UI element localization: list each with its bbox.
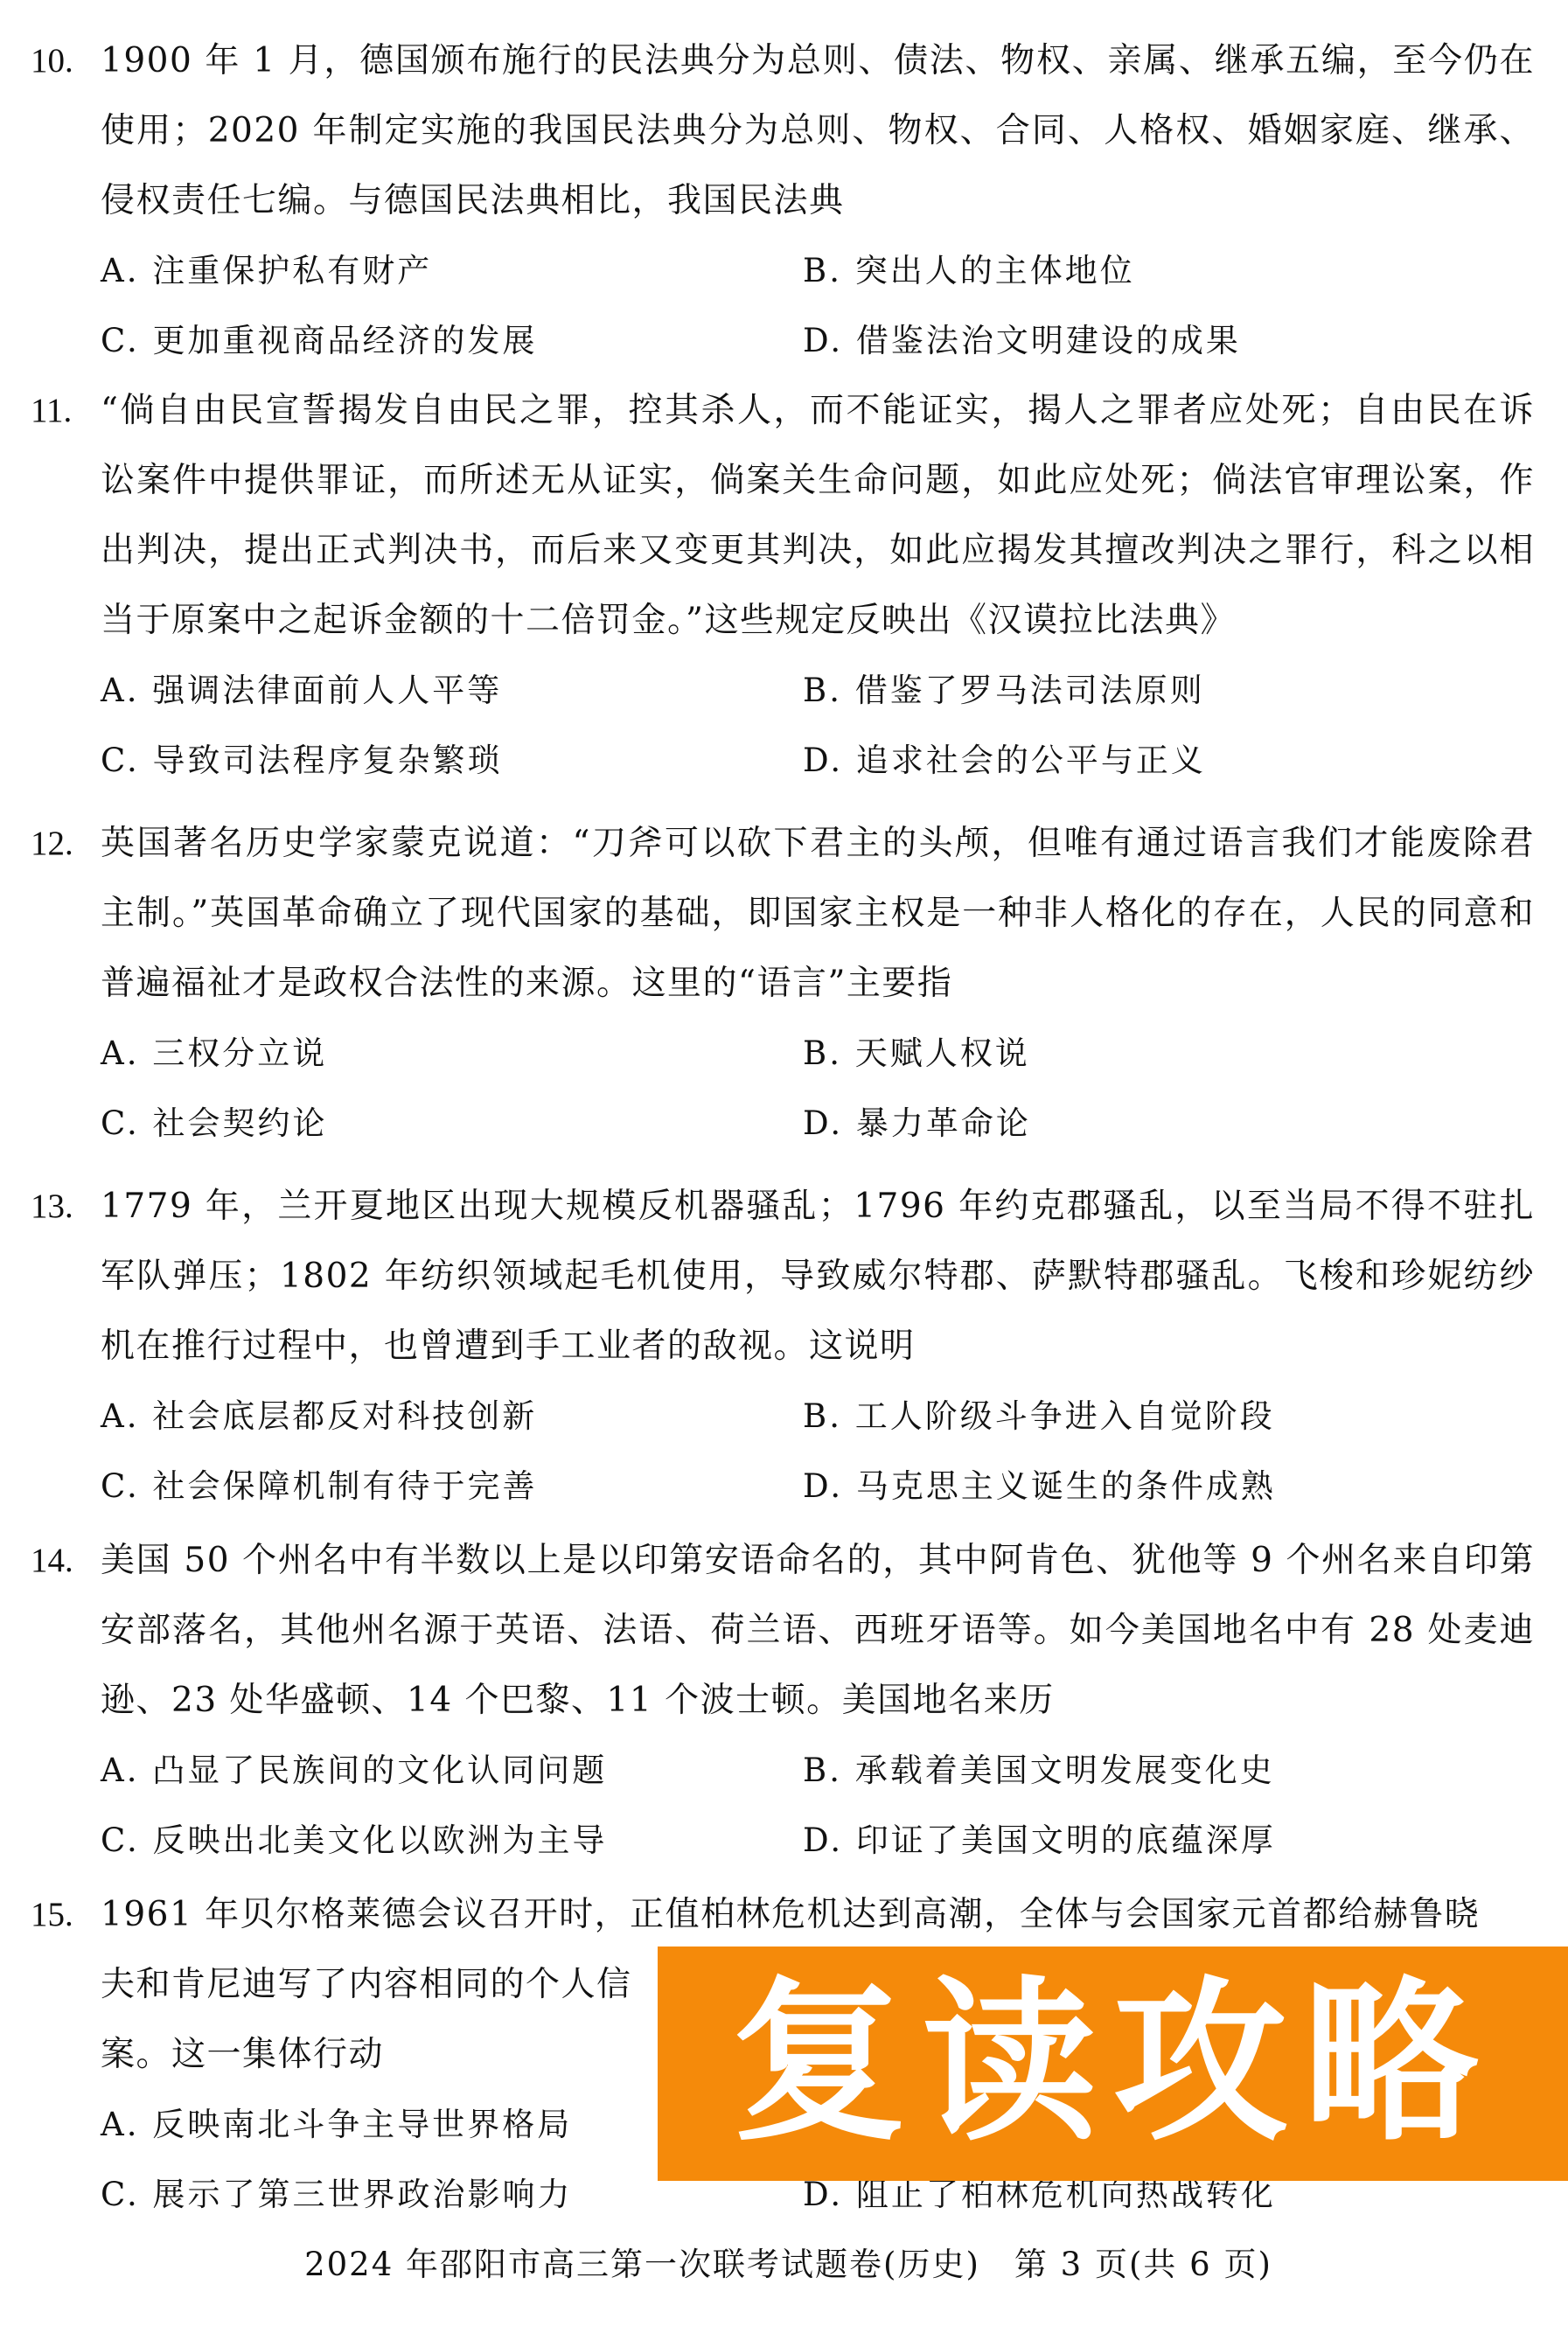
option-d: D. 追求社会的公平与正义 [803, 726, 1206, 796]
option-b: B. 突出人的主体地位 [803, 236, 1135, 306]
option-b: B. 承载着美国文明发展变化史 [803, 1736, 1275, 1806]
question-number: 14. [31, 1526, 73, 1596]
option-c: C. 反映出北美文化以欧洲为主导 [101, 1806, 608, 1876]
option-d: D. 借鉴法治文明建设的成果 [803, 306, 1241, 376]
exam-page: 10. 1900 年 1 月，德国颁布施行的民法典分为总则、债法、物权、亲属、继… [0, 0, 1568, 2347]
option-c: C. 更加重视商品经济的发展 [101, 306, 538, 376]
option-a: A. 强调法律面前人人平等 [101, 656, 502, 726]
option-d: D. 暴力革命论 [803, 1089, 1031, 1159]
question-stem: 英国著名历史学家蒙克说道：“刀斧可以砍下君主的头颅，但唯有通过语言我们才能废除君… [101, 809, 1535, 1019]
page-footer: 2024 年邵阳市高三第一次联考试题卷(历史) 第 3 页(共 6 页) [0, 2239, 1568, 2291]
question-stem: 1900 年 1 月，德国颁布施行的民法典分为总则、债法、物权、亲属、继承五编，… [101, 26, 1535, 236]
option-a: A. 注重保护私有财产 [101, 236, 432, 306]
option-d: D. 马克思主义诞生的条件成熟 [803, 1452, 1276, 1522]
option-c: C. 导致司法程序复杂繁琐 [101, 726, 503, 796]
question-number: 15. [31, 1880, 73, 1950]
option-b: B. 借鉴了罗马法司法原则 [803, 656, 1205, 726]
question-number: 13. [31, 1172, 73, 1242]
option-c: C. 展示了第三世界政治影响力 [101, 2160, 573, 2230]
question-number: 11. [31, 376, 72, 446]
watermark-text: 复读攻略 [731, 1976, 1494, 2151]
option-b: B. 天赋人权说 [803, 1019, 1030, 1089]
option-c: C. 社会契约论 [101, 1089, 328, 1159]
option-d: D. 印证了美国文明的底蕴深厚 [803, 1806, 1276, 1876]
option-b: B. 工人阶级斗争进入自觉阶段 [803, 1382, 1275, 1452]
option-a: A. 反映南北斗争主导世界格局 [101, 2090, 572, 2160]
option-a: A. 凸显了民族间的文化认同问题 [101, 1736, 607, 1806]
question-stem: 美国 50 个州名中有半数以上是以印第安语命名的，其中阿肯色、犹他等 9 个州名… [101, 1526, 1535, 1736]
option-a: A. 社会底层都反对科技创新 [101, 1382, 537, 1452]
question-stem: “倘自由民宣誓揭发自由民之罪，控其杀人，而不能证实，揭人之罪者应处死；自由民在诉… [101, 376, 1535, 656]
option-a: A. 三权分立说 [101, 1019, 327, 1089]
option-c: C. 社会保障机制有待于完善 [101, 1452, 538, 1522]
stem-line-1: 1961 年贝尔格莱德会议召开时，正值柏林危机达到高潮，全体与会国家元首都给赫鲁… [101, 1880, 1535, 1950]
watermark-banner: 复读攻略 [658, 1947, 1568, 2181]
question-stem: 1779 年，兰开夏地区出现大规模反机器骚乱；1796 年约克郡骚乱，以至当局不… [101, 1172, 1535, 1382]
question-number: 10. [31, 26, 73, 96]
question-number: 12. [31, 809, 73, 879]
